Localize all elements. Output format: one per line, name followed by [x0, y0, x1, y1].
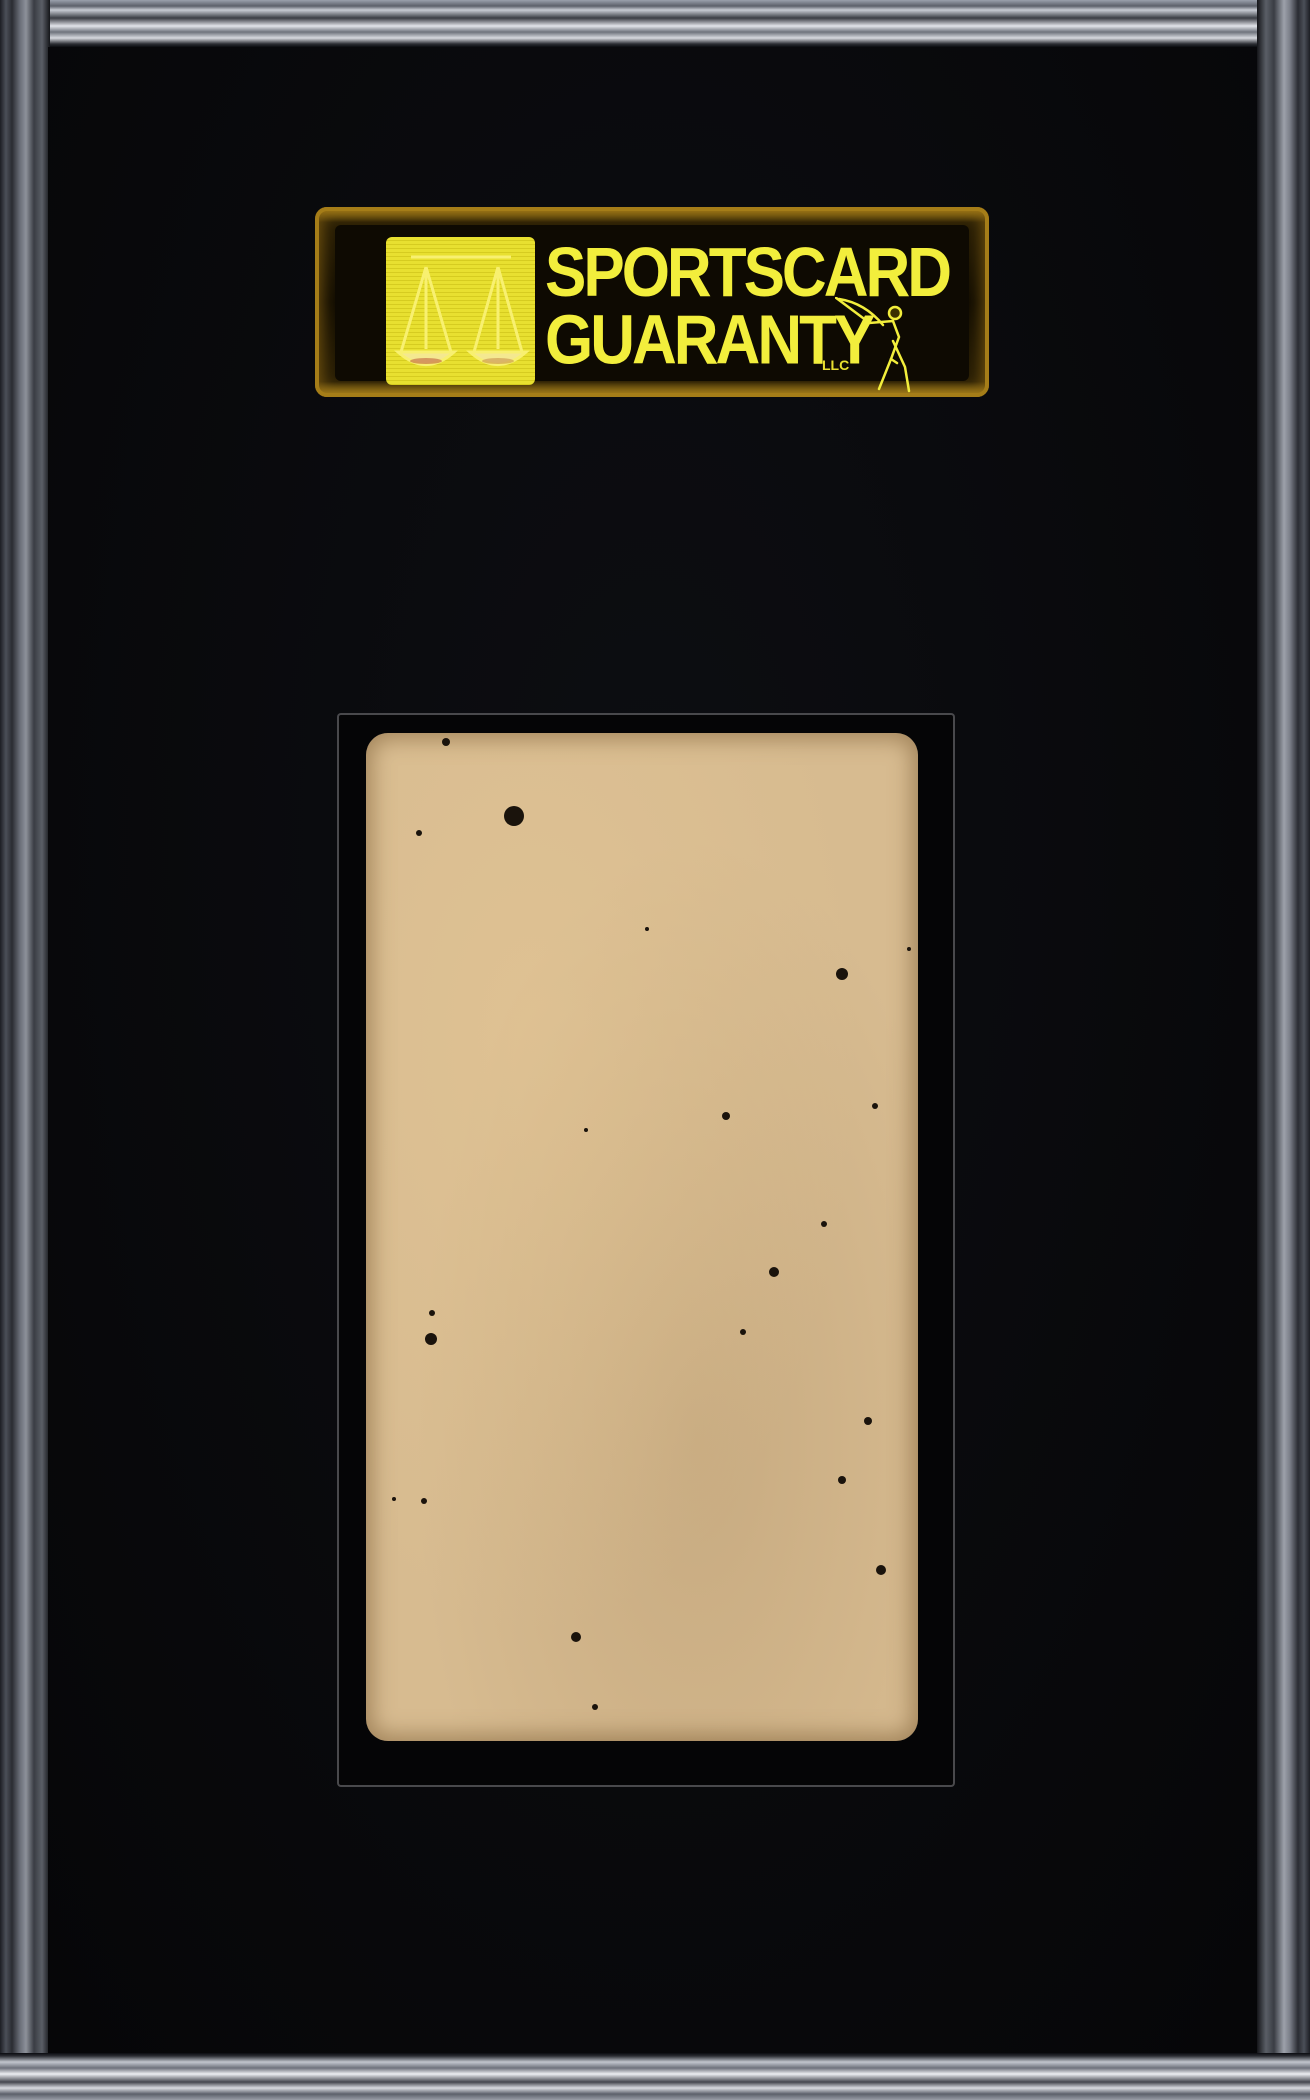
stain-spot [907, 947, 911, 951]
stain-spot [584, 1128, 588, 1132]
stain-spot [740, 1329, 746, 1335]
slab-frame-left [0, 0, 50, 2100]
stain-spot [864, 1417, 872, 1425]
stain-spot [821, 1221, 827, 1227]
stain-spot [392, 1497, 396, 1501]
stain-spot [429, 1310, 435, 1316]
stain-spot [416, 830, 422, 836]
slab-frame-right [1257, 0, 1310, 2100]
stain-spot [872, 1103, 878, 1109]
stain-spot [769, 1267, 779, 1277]
balance-scale-icon [386, 237, 535, 385]
stain-spot [442, 738, 450, 746]
grading-label: SPORTSCARD GUARANTY LLC [315, 207, 989, 397]
stain-spot [876, 1565, 886, 1575]
stain-spot [838, 1476, 846, 1484]
trading-card-back [366, 733, 918, 1741]
stain-spot [425, 1333, 437, 1345]
stain-spot [504, 806, 524, 826]
stain-spot [645, 927, 649, 931]
stain-spot [421, 1498, 427, 1504]
stain-spot [836, 968, 848, 980]
slab-frame-bottom [0, 2053, 1310, 2100]
stain-spot [592, 1704, 598, 1710]
stain-spot [722, 1112, 730, 1120]
baseball-batter-icon [835, 297, 915, 393]
stain-spot [571, 1632, 581, 1642]
